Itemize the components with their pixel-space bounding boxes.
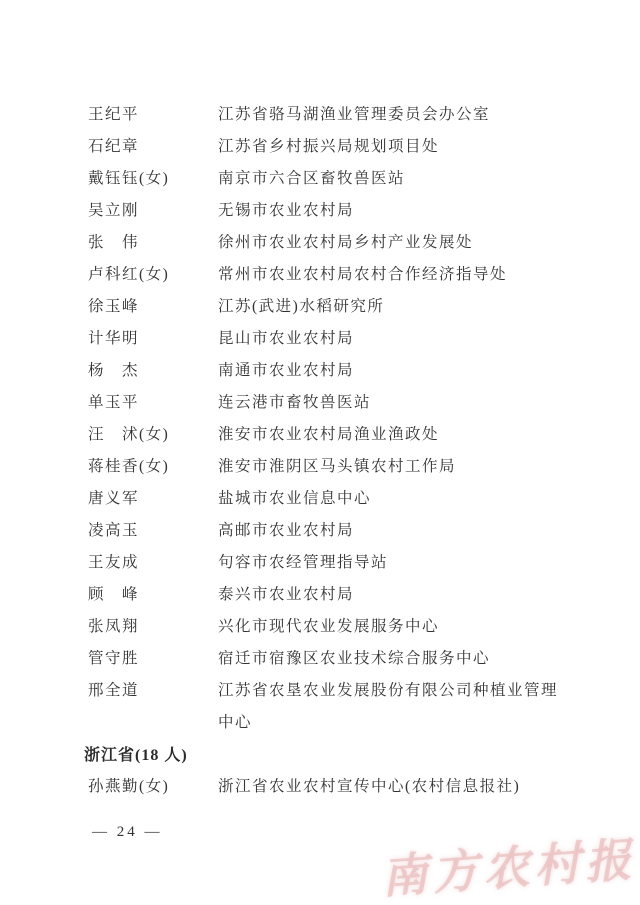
person-organization: 连云港市畜牧兽医站 (218, 387, 566, 419)
person-organization: 徐州市农业农村局乡村产业发展处 (218, 227, 566, 259)
person-name: 徐玉峰 (88, 291, 218, 323)
person-organization: 江苏省农垦农业发展股份有限公司种植业管理中心 (218, 675, 566, 739)
person-name: 张凤翔 (88, 611, 218, 643)
roster-row: 计华明 昆山市农业农村局 (88, 323, 580, 355)
person-organization: 兴化市现代农业发展服务中心 (218, 611, 566, 643)
person-organization: 宿迁市宿豫区农业技术综合服务中心 (218, 643, 566, 675)
person-organization: 南通市农业农村局 (218, 355, 566, 387)
document-page: 王纪平 江苏省骆马湖渔业管理委员会办公室 石纪章 江苏省乡村振兴局规划项目处 戴… (0, 0, 640, 905)
person-name: 戴钰钰(女) (88, 163, 218, 195)
person-organization: 高邮市农业农村局 (218, 515, 566, 547)
person-organization: 常州市农业农村局农村合作经济指导处 (218, 259, 566, 291)
person-name: 张 伟 (88, 227, 218, 259)
person-organization: 江苏(武进)水稻研究所 (218, 291, 566, 323)
roster-row: 张凤翔 兴化市现代农业发展服务中心 (88, 611, 580, 643)
person-name: 单玉平 (88, 387, 218, 419)
person-name: 孙燕勤(女) (88, 771, 218, 803)
person-name: 邢全道 (88, 675, 218, 707)
roster-row: 杨 杰 南通市农业农村局 (88, 355, 580, 387)
person-organization: 南京市六合区畜牧兽医站 (218, 163, 566, 195)
roster-row: 戴钰钰(女) 南京市六合区畜牧兽医站 (88, 163, 580, 195)
roster-row: 汪 沭(女) 淮安市农业农村局渔业渔政处 (88, 419, 580, 451)
award-roster: 王纪平 江苏省骆马湖渔业管理委员会办公室 石纪章 江苏省乡村振兴局规划项目处 戴… (88, 99, 580, 803)
roster-row: 单玉平 连云港市畜牧兽医站 (88, 387, 580, 419)
roster-row: 王友成 句容市农经管理指导站 (88, 547, 580, 579)
person-name: 计华明 (88, 323, 218, 355)
roster-row: 王纪平 江苏省骆马湖渔业管理委员会办公室 (88, 99, 580, 131)
roster-row: 邢全道 江苏省农垦农业发展股份有限公司种植业管理中心 (88, 675, 580, 739)
province-heading-zhejiang: 浙江省(18 人) (84, 741, 580, 771)
page-number: — 24 — (92, 822, 163, 842)
roster-row: 唐义军 盐城市农业信息中心 (88, 483, 580, 515)
roster-row: 顾 峰 泰兴市农业农村局 (88, 579, 580, 611)
person-name: 汪 沭(女) (88, 419, 218, 451)
person-name: 石纪章 (88, 131, 218, 163)
person-name: 蒋桂香(女) (88, 451, 218, 483)
person-organization: 淮安市农业农村局渔业渔政处 (218, 419, 566, 451)
watermark-logo: 南方农村报 (379, 823, 638, 905)
person-organization: 江苏省乡村振兴局规划项目处 (218, 131, 566, 163)
person-organization: 泰兴市农业农村局 (218, 579, 566, 611)
person-name: 王纪平 (88, 99, 218, 131)
person-organization: 句容市农经管理指导站 (218, 547, 566, 579)
person-name: 顾 峰 (88, 579, 218, 611)
person-name: 吴立刚 (88, 195, 218, 227)
roster-row: 卢科红(女) 常州市农业农村局农村合作经济指导处 (88, 259, 580, 291)
person-organization: 昆山市农业农村局 (218, 323, 566, 355)
roster-row: 张 伟 徐州市农业农村局乡村产业发展处 (88, 227, 580, 259)
roster-row: 徐玉峰 江苏(武进)水稻研究所 (88, 291, 580, 323)
roster-row: 吴立刚 无锡市农业农村局 (88, 195, 580, 227)
roster-row: 石纪章 江苏省乡村振兴局规划项目处 (88, 131, 580, 163)
person-organization: 无锡市农业农村局 (218, 195, 566, 227)
person-organization: 浙江省农业农村宣传中心(农村信息报社) (218, 771, 566, 803)
person-name: 杨 杰 (88, 355, 218, 387)
person-organization: 盐城市农业信息中心 (218, 483, 566, 515)
roster-row: 凌高玉 高邮市农业农村局 (88, 515, 580, 547)
person-name: 卢科红(女) (88, 259, 218, 291)
roster-row: 蒋桂香(女) 淮安市淮阴区马头镇农村工作局 (88, 451, 580, 483)
person-name: 王友成 (88, 547, 218, 579)
person-organization: 淮安市淮阴区马头镇农村工作局 (218, 451, 566, 483)
person-name: 唐义军 (88, 483, 218, 515)
person-organization: 江苏省骆马湖渔业管理委员会办公室 (218, 99, 566, 131)
roster-row: 孙燕勤(女) 浙江省农业农村宣传中心(农村信息报社) (88, 771, 580, 803)
person-name: 管守胜 (88, 643, 218, 675)
roster-row: 管守胜 宿迁市宿豫区农业技术综合服务中心 (88, 643, 580, 675)
person-name: 凌高玉 (88, 515, 218, 547)
